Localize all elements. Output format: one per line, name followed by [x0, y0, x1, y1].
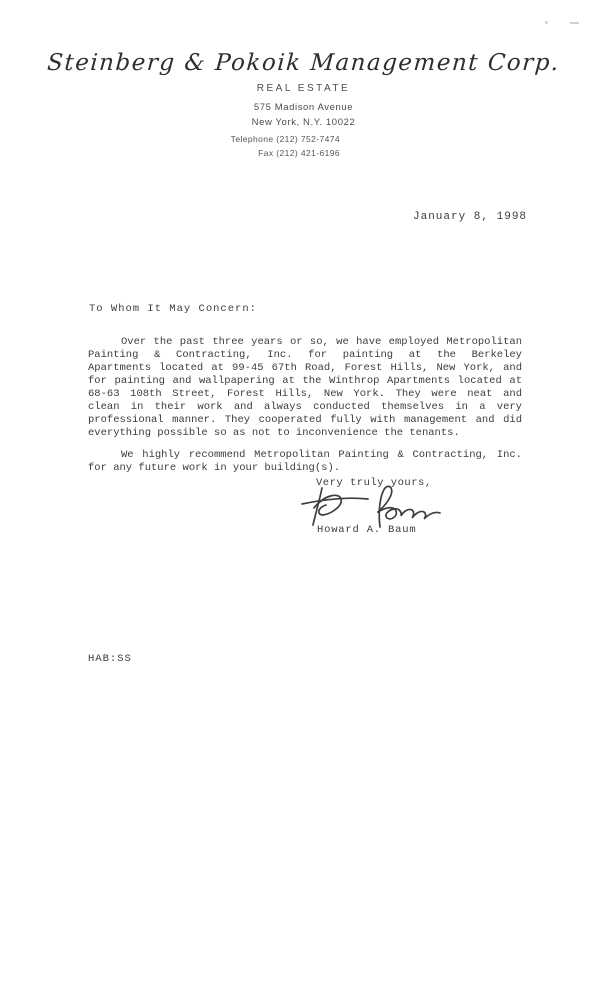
paragraph-2: We highly recommend Metropolitan Paintin… [88, 449, 522, 475]
body-line: We highly recommend Metropolitan Paintin… [88, 449, 522, 462]
body-line: 68-63 108th Street, Forest Hills, New Yo… [88, 388, 522, 401]
salutation: To Whom It May Concern: [89, 303, 257, 315]
scan-artifact [545, 21, 548, 24]
body-line: Over the past three years or so, we have… [88, 336, 522, 349]
body-line: for painting and wallpapering at the Win… [88, 375, 522, 388]
reference-initials: HAB:SS [88, 653, 132, 665]
contact-block: Telephone (212) 752-7474 Fax (212) 421-6… [150, 133, 340, 160]
letter-body: Over the past three years or so, we have… [88, 336, 522, 484]
signer-name: Howard A. Baum [317, 524, 416, 536]
body-line: Painting & Contracting, Inc. for paintin… [88, 349, 522, 362]
company-tagline: REAL ESTATE [0, 83, 607, 94]
body-line: Apartments located at 99-45 67th Road, F… [88, 362, 522, 375]
company-name: Steinberg & Pokoik Management Corp. [0, 50, 607, 76]
fax-line: Fax (212) 421-6196 [150, 147, 340, 161]
telephone-line: Telephone (212) 752-7474 [150, 133, 340, 147]
address-line-1: 575 Madison Avenue [0, 102, 607, 113]
body-line: professional manner. They cooperated ful… [88, 414, 522, 427]
address-line-2: New York, N.Y. 10022 [0, 117, 607, 128]
letter-page: Steinberg & Pokoik Management Corp. REAL… [0, 0, 607, 1000]
body-line: for any future work in your building(s). [88, 462, 522, 475]
letterhead: Steinberg & Pokoik Management Corp. REAL… [0, 50, 607, 128]
date: January 8, 1998 [413, 211, 527, 223]
body-line: clean in their work and always conducted… [88, 401, 522, 414]
body-line: everything possible so as not to inconve… [88, 427, 522, 440]
scan-artifact [570, 22, 579, 24]
paragraph-1: Over the past three years or so, we have… [88, 336, 522, 440]
